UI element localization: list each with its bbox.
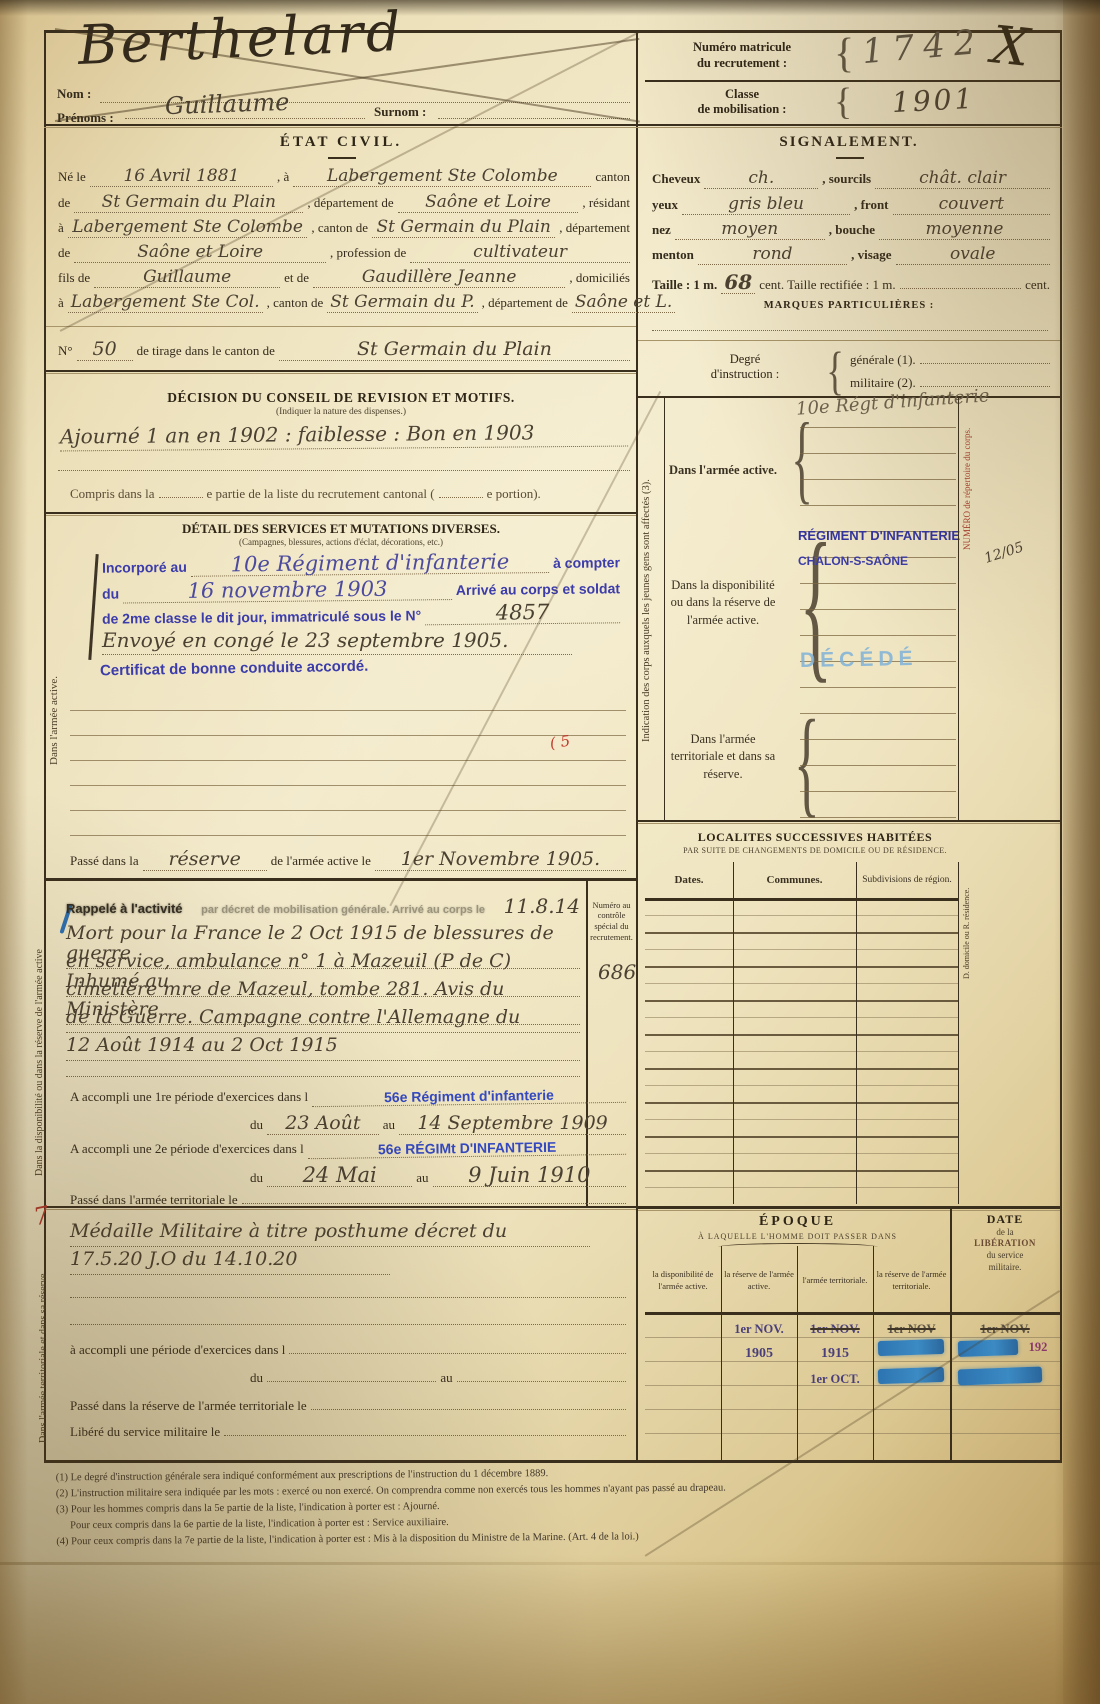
periode-1-end-value: 14 Septembre 1909 xyxy=(399,1114,626,1135)
yeux-label: yeux xyxy=(652,197,678,213)
services-title: DÉTAIL DES SERVICES ET MUTATIONS DIVERSE… xyxy=(46,521,636,537)
localites-col-dates: Dates. xyxy=(645,862,733,898)
generale-blank xyxy=(920,363,1050,364)
reserve-territoriale-line: Passé dans la réserve de l'armée territo… xyxy=(70,1398,626,1414)
epoque-top-line xyxy=(638,1206,1060,1209)
empty-line xyxy=(66,1062,580,1077)
domicilies-label: , domiciliés xyxy=(569,270,630,286)
date-lib-label-3: LIBÉRATION xyxy=(950,1238,1060,1248)
au-blank xyxy=(457,1381,626,1382)
section-divider-1 xyxy=(46,370,636,372)
matricule-label-2: du recrutement : xyxy=(652,56,832,71)
epoque-c3-value-2: 1915 xyxy=(797,1346,873,1362)
corps-ruled-lines xyxy=(800,402,956,818)
signalement-row-4: menton rond , visage ovale xyxy=(652,246,1050,265)
ne-le-label: Né le xyxy=(58,169,86,185)
matricule-corps-value: 4857 xyxy=(425,600,620,625)
periode-1-dates: du 23 Août au 14 Septembre 1909 xyxy=(250,1114,626,1135)
canton-de-label: , canton de xyxy=(311,220,368,236)
passe-territoriale-blank xyxy=(242,1203,626,1204)
date-lib-label-2: de la xyxy=(950,1227,1060,1237)
date-lib-label-5: militaire. xyxy=(950,1262,1060,1272)
controle-value: 686 xyxy=(598,962,636,983)
date-lib-label-4: du service xyxy=(950,1250,1060,1260)
death-record-line-5: 12 Août 1914 au 2 Oct 1915 xyxy=(66,1036,580,1061)
departement-de-label: , département de xyxy=(482,295,568,311)
parents-canton-value: St Germain du P. xyxy=(327,294,477,313)
nom-label: Nom : xyxy=(57,86,91,102)
birth-place-value: Labergement Ste Colombe xyxy=(293,168,591,187)
rappel-stamp: Rappelé à l'activité xyxy=(66,901,183,916)
marques-label: MARQUES PARTICULIÈRES : xyxy=(638,300,1060,311)
epoque-c5-value-2: 192 xyxy=(1018,1340,1058,1355)
epoque-c2-value-2: 1905 xyxy=(721,1346,797,1362)
surnom-label: Surnom : xyxy=(374,104,426,120)
cent-label: cent. xyxy=(1025,277,1050,293)
corps-bottom-divider xyxy=(638,820,1060,822)
au-label: au xyxy=(383,1117,395,1133)
localites-right-line xyxy=(958,862,959,1204)
matricule-label-1: Numéro matricule xyxy=(652,40,832,55)
regiment-infanterie-stamp: RÉGIMENT D'INFANTERIE xyxy=(798,528,960,543)
section-divider-4 xyxy=(46,1206,636,1208)
controle-column-line xyxy=(586,880,588,1206)
du-label: du xyxy=(250,1117,263,1133)
a-compter-stamp: à compter xyxy=(553,554,620,571)
birth-date-value: 16 Avril 1881 xyxy=(90,168,273,187)
signalement-row-3: nez moyen , bouche moyenne xyxy=(652,221,1050,240)
fils-de-label: fils de xyxy=(58,270,90,286)
libere-line: Libéré du service militaire le xyxy=(70,1424,626,1440)
decision-value: Ajourné 1 an en 1902 : faiblesse : Bon e… xyxy=(60,422,628,452)
section-divider-2b xyxy=(46,515,636,516)
degre-generale-line: générale (1). xyxy=(850,352,1050,368)
territorial-periode-blank xyxy=(289,1353,626,1354)
section-divider-1b xyxy=(46,373,636,374)
birth-line-2: de St Germain du Plain , département de … xyxy=(58,194,630,213)
periode-1-label: A accompli une 1re période d'exercices d… xyxy=(70,1089,308,1105)
decision-title: DÉCISION DU CONSEIL DE REVISION ET MOTIF… xyxy=(46,390,636,406)
periode-2-start-value: 24 Mai xyxy=(267,1164,412,1187)
epoque-vline-3 xyxy=(873,1246,874,1460)
marques-blank-line xyxy=(652,318,1048,331)
taille-value: 68 xyxy=(721,272,755,294)
epoque-col-2: la réserve de l'armée active. xyxy=(721,1252,797,1310)
mother-name-value: Gaudillère Jeanne xyxy=(313,269,565,288)
regiment-value: 10e Régiment d'infanterie xyxy=(191,550,550,577)
localites-title: LOCALITES SUCCESSIVES HABITÉES xyxy=(645,830,985,845)
margin-armee-active-label: Dans l'armée active. xyxy=(48,600,61,840)
visage-label: , visage xyxy=(851,247,891,263)
de-label: de xyxy=(58,195,70,211)
residence-line-1: à Labergement Ste Colombe , canton de St… xyxy=(58,219,630,238)
departement-label: , département xyxy=(559,220,630,236)
bottom-fold xyxy=(0,1562,1100,1565)
du-label: du xyxy=(250,1170,263,1186)
signalement-row-1: Cheveux ch. , sourcils chât. clair xyxy=(652,170,1050,189)
frame-right xyxy=(1060,30,1062,1462)
localites-col-communes: Communes. xyxy=(733,862,856,898)
classe-brace: { xyxy=(834,80,852,124)
compris-label-b: e partie de la liste du recrutement cant… xyxy=(207,486,435,502)
epoque-col-4: la réserve de l'armée territoriale. xyxy=(873,1252,950,1310)
etat-civil-dash xyxy=(328,157,356,159)
military-record-sheet: Berthelard Nom : Prénoms : Guillaume Sur… xyxy=(0,0,1100,1704)
epoque-c5-ink-blob-2 xyxy=(958,1367,1043,1386)
epoque-c3-value-1: 1er NOV. xyxy=(797,1322,873,1337)
profession-value: cultivateur xyxy=(410,244,630,263)
compris-gap-1 xyxy=(159,497,203,498)
epoque-top-line-2 xyxy=(638,1210,1060,1211)
decision-subtitle: (Indiquer la nature des dispenses.) xyxy=(46,407,636,417)
birth-departement-value: Saône et Loire xyxy=(398,194,579,213)
surnom-line xyxy=(438,104,630,119)
decision-empty-line xyxy=(58,458,630,471)
front-value: couvert xyxy=(893,196,1051,215)
corps-note-value: 12/05 xyxy=(983,540,1026,566)
section-divider-2 xyxy=(46,512,636,514)
localites-col-line-1 xyxy=(733,862,734,1204)
signalement-divider xyxy=(638,340,1060,341)
chalon-stamp: CHALON-S-SAÔNE xyxy=(798,554,908,568)
taille-rectifiee-blank xyxy=(900,288,1021,289)
sourcils-label: , sourcils xyxy=(822,171,871,187)
corps-vlabel-line xyxy=(664,398,665,822)
tirage-line: N° 50 de tirage dans le canton de St Ger… xyxy=(58,340,630,361)
classe-soldat-stamp: de 2me classe le dit jour, immatriculé s… xyxy=(102,607,421,626)
epoque-title: ÉPOQUE xyxy=(645,1214,950,1230)
services-empty-lines xyxy=(70,686,626,838)
territorial-periode-line: à accompli une période d'exercices dans … xyxy=(70,1342,626,1358)
signalement-row-2: yeux gris bleu , front couvert xyxy=(652,196,1050,215)
epoque-col-1: la disponibilité de l'armée active. xyxy=(645,1252,721,1310)
periode-2-line: A accompli une 2e période d'exercices da… xyxy=(70,1140,626,1157)
tirage-label: de tirage dans le canton de xyxy=(137,343,275,359)
conge-value: Envoyé en congé le 23 septembre 1905. xyxy=(102,630,572,655)
epoque-c4-value-1: 1er NOV xyxy=(873,1322,950,1337)
matricule-value: 1742 xyxy=(861,25,986,71)
corps-right-line xyxy=(958,398,959,822)
incorporation-line-1: Incorporé au 10e Régiment d'infanterie à… xyxy=(102,549,620,577)
periode-1-line: A accompli une 1re période d'exercices d… xyxy=(70,1088,626,1105)
margin-disponibilite-label: Dans la disponibilité ou dans la réserve… xyxy=(34,930,60,1196)
localites-subtitle: PAR SUITE DE CHANGEMENTS DE DOMICILE OU … xyxy=(645,846,985,855)
section-divider-4b xyxy=(46,1209,636,1210)
reserve-territoriale-blank xyxy=(311,1409,626,1410)
nez-value: moyen xyxy=(675,221,825,240)
nez-label: nez xyxy=(652,222,671,238)
empty-line xyxy=(70,1285,626,1298)
periode-1-start-value: 23 Août xyxy=(267,1114,379,1135)
corps-bottom-divider-2 xyxy=(638,823,1060,824)
degre-label-2: d'instruction : xyxy=(680,367,810,382)
tirage-separator xyxy=(46,326,636,327)
bouche-label: , bouche xyxy=(829,222,875,238)
birth-canton-value: St Germain du Plain xyxy=(74,194,303,213)
rappel-line: Rappelé à l'activité par décret de mobil… xyxy=(66,896,580,917)
corps-active-label: Dans l'armée active. xyxy=(668,448,778,492)
certificat-stamp: Certificat de bonne conduite accordé. xyxy=(100,658,369,680)
du-blank xyxy=(267,1381,436,1382)
yeux-value: gris bleu xyxy=(682,196,850,215)
medaille-line-2: 17.5.20 J.O du 14.10.20 xyxy=(70,1250,390,1275)
periode-1-regiment-stamp: 56e Régiment d'infanterie xyxy=(312,1086,626,1107)
canton-de-label: , canton de xyxy=(267,295,324,311)
localites-vertical-label: D. domicile ou R. résidence. xyxy=(962,868,980,998)
taille-label: Taille : 1 m. xyxy=(652,277,717,293)
classe-label-1: Classe xyxy=(652,87,832,102)
decede-stamp: DÉCÉDÉ xyxy=(800,647,918,673)
epoque-c4-ink-blob-1 xyxy=(878,1339,944,1356)
corps-dispo-label: Dans la disponibilité ou dans la réserve… xyxy=(668,548,778,658)
de-label: de xyxy=(58,245,70,261)
au-label: au xyxy=(416,1170,428,1186)
corps-terr-label: Dans l'armée territoriale et dans sa rés… xyxy=(668,712,778,802)
arrive-corps-stamp: Arrivé au corps et soldat xyxy=(456,580,620,598)
matricule-brace: { xyxy=(834,30,854,78)
incorporation-ink-brace xyxy=(88,554,98,660)
frame-left xyxy=(44,30,46,1462)
numero-repertoire-vertical: NUMÉRO de répertoire du corps. xyxy=(962,404,982,574)
header-bottom-line2 xyxy=(44,127,1062,128)
death-record-line-4: de la Guerre. Campagne contre l'Allemagn… xyxy=(66,1008,580,1033)
reserve-territoriale-label: Passé dans la réserve de l'armée territo… xyxy=(70,1398,307,1414)
tirage-canton-value: St Germain du Plain xyxy=(279,340,630,361)
epoque-c3-value-3: 1er OCT. xyxy=(797,1372,873,1387)
et-de-label: et de xyxy=(284,270,309,286)
etat-civil-title: ÉTAT CIVIL. xyxy=(46,134,636,151)
signalement-title: SIGNALEMENT. xyxy=(638,134,1060,151)
militaire-label: militaire (2). xyxy=(850,375,916,391)
classe-label-2: de mobilisation : xyxy=(652,102,832,117)
residant-label: , résidant xyxy=(582,195,630,211)
rappel-date-value: 11.8.14 xyxy=(504,896,580,917)
libere-label: Libéré du service militaire le xyxy=(70,1424,220,1440)
footnotes: (1) Le degré d'instruction générale sera… xyxy=(56,1462,1061,1551)
departement-label: , département de xyxy=(307,195,393,211)
matricule-divider xyxy=(645,80,1060,82)
residence-canton-value: St Germain du Plain xyxy=(372,219,555,238)
date-lib-label-1: DATE xyxy=(950,1212,1060,1227)
epoque-col-3: l'armée territoriale. xyxy=(797,1252,873,1310)
periode-2-regiment-stamp: 56e RÉGIMt D'INFANTERIE xyxy=(308,1138,626,1159)
section-divider-3 xyxy=(46,878,636,881)
passe-dans-la-label: Passé dans la xyxy=(70,853,139,869)
profession-line: de Saône et Loire , profession de cultiv… xyxy=(58,244,630,263)
parents-line: fils de Guillaume et de Gaudillère Jeann… xyxy=(58,269,630,288)
matricule-mark: X xyxy=(989,18,1032,76)
canton-label: canton xyxy=(595,169,630,185)
compris-line: Compris dans la e partie de la liste du … xyxy=(70,486,618,502)
right-page-edge xyxy=(1063,0,1100,1704)
localites-col-line-2 xyxy=(856,862,857,1204)
degre-brace: { xyxy=(826,340,844,401)
column-divider xyxy=(636,30,638,1462)
periode-2-end-value: 9 Juin 1910 xyxy=(433,1164,626,1187)
bouche-value: moyenne xyxy=(879,221,1050,240)
territorial-periode-label: à accompli une période d'exercices dans … xyxy=(70,1342,285,1358)
a-label: , à xyxy=(277,169,289,185)
du-stamp: du xyxy=(102,586,119,602)
a-label: à xyxy=(58,295,64,311)
compris-gap-2 xyxy=(439,497,483,498)
taille-row: Taille : 1 m. 68 cent. Taille rectifiée … xyxy=(652,272,1050,294)
rappel-stamp-faded: par décret de mobilisation générale. Arr… xyxy=(187,904,500,916)
territorial-dates-line: du au xyxy=(250,1370,626,1386)
classe-value: 1901 xyxy=(891,84,976,118)
epoque-arc xyxy=(718,1243,878,1251)
a-label: à xyxy=(58,220,64,236)
au-label: au xyxy=(440,1370,452,1386)
margin-territoriale-label: Dans l'armée territoriale et dans sa rés… xyxy=(38,1258,64,1458)
profession-label: , profession de xyxy=(330,245,406,261)
incorpore-stamp: Incorporé au xyxy=(102,559,187,576)
periode-2-dates: du 24 Mai au 9 Juin 1910 xyxy=(250,1164,626,1187)
signalement-dash xyxy=(836,157,864,159)
father-name-value: Guillaume xyxy=(94,269,280,288)
incorporation-date-value: 16 novembre 1903 xyxy=(123,577,452,603)
periode-2-label: A accompli une 2e période d'exercices da… xyxy=(70,1141,304,1157)
compris-label-c: e portion). xyxy=(487,486,541,502)
services-subtitle: (Campagnes, blessures, actions d'éclat, … xyxy=(46,537,636,547)
residence-departement-value: Saône et Loire xyxy=(74,244,326,263)
localites-col-subdiv: Subdivisions de région. xyxy=(856,862,958,898)
armee-active-le-label: de l'armée active le xyxy=(271,853,371,869)
du-label: du xyxy=(250,1370,263,1386)
epoque-subtitle: À LAQUELLE L'HOMME DOIT PASSER DANS xyxy=(645,1232,950,1241)
sourcils-value: chât. clair xyxy=(875,170,1050,189)
reserve-value: réserve xyxy=(143,850,267,871)
front-label: , front xyxy=(854,197,888,213)
libere-blank xyxy=(224,1435,626,1436)
header-bottom-line xyxy=(44,124,1062,126)
corps-vertical-label: Indication des corps auxquels les jeunes… xyxy=(641,404,663,818)
medaille-line-1: Médaille Militaire à titre posthume décr… xyxy=(70,1222,590,1247)
taille-rectifiee-label: cent. Taille rectifiée : 1 m. xyxy=(759,277,895,293)
visage-value: ovale xyxy=(896,246,1050,265)
empty-line xyxy=(70,1312,626,1325)
compris-label-a: Compris dans la xyxy=(70,486,155,502)
cheveux-label: Cheveux xyxy=(652,171,700,187)
tirage-number-value: 50 xyxy=(77,340,133,361)
numero-label: N° xyxy=(58,343,73,359)
cheveux-value: ch. xyxy=(704,170,818,189)
controle-label: Numéro au contrôle spécial du recrutemen… xyxy=(589,888,634,954)
passe-reserve-line: Passé dans la réserve de l'armée active … xyxy=(70,850,626,871)
menton-value: rond xyxy=(698,246,847,265)
epoque-c2-value-1: 1er NOV. xyxy=(721,1322,797,1337)
parents-residence-line: à Labergement Ste Col. , canton de St Ge… xyxy=(58,294,630,313)
menton-label: menton xyxy=(652,247,694,263)
localites-body-rows xyxy=(645,900,958,1204)
red-margin-mark: ( 5 xyxy=(549,734,571,752)
degre-label-1: Degré xyxy=(680,352,810,367)
generale-label: générale (1). xyxy=(850,352,916,368)
